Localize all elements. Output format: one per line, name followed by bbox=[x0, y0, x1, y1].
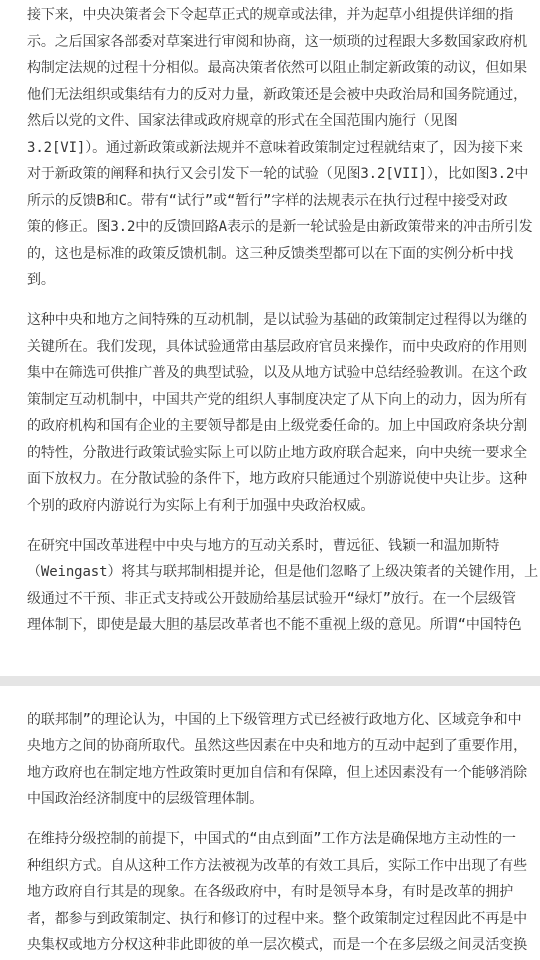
text-line: 的政府机构和国有企业的主要领导都是由上级党委任命的。加上中国政府条块分割 bbox=[27, 413, 516, 440]
paragraph: 接下来，中央决策者会下令起草正式的规章或法律，并为起草小组提供详细的指示。之后国… bbox=[27, 2, 516, 294]
text-line: 关键所在。我们发现，具体试验通常由基层政府官员来操作，而中央政府的作用则 bbox=[27, 334, 516, 361]
text-line: 理体制下，即使是最大胆的基层改革者也不能不重视上级的意见。所谓“中国特色 bbox=[27, 612, 516, 639]
text-line: 者，都参与到政策制定、执行和修订的过程中来。整个政策制定过程因此不再是中 bbox=[27, 906, 516, 933]
text-line: 他们无法组织或集结有力的反对力量，新政策还是会被中央政治局和国务院通过， bbox=[27, 82, 516, 109]
text-line: 3.2[VI]）。通过新政策或新法规并不意味着政策制定过程就结束了，因为接下来 bbox=[27, 135, 516, 162]
text-line: 集中在筛选可供推广普及的典型试验，以及从地方试验中总结经验教训。在这个政 bbox=[27, 360, 516, 387]
paragraph: 在研究中国改革进程中中央与地方的互动关系时，曹远征、钱颖一和温加斯特（Weing… bbox=[27, 533, 516, 639]
text-line: 个别的政府内游说行为实际上有利于加强中央政治权威。 bbox=[27, 493, 516, 520]
ebook-reader-screen[interactable]: 接下来，中央决策者会下令起草正式的规章或法律，并为起草小组提供详细的指示。之后国… bbox=[0, 0, 540, 960]
paragraph: 这种中央和地方之间特殊的互动机制，是以试验为基础的政策制定过程得以为继的关键所在… bbox=[27, 307, 516, 519]
paragraph: 的联邦制”的理论认为，中国的上下级管理方式已经被行政地方化、区域竞争和中央地方之… bbox=[27, 707, 516, 813]
text-line: 央集权或地方分权这种非此即彼的单一层次模式，而是一个在多层级之间灵活变换 bbox=[27, 932, 516, 959]
text-line: 面下放权力。在分散试验的条件下，地方政府只能通过个别游说使中央让步。这种 bbox=[27, 466, 516, 493]
text-line: 在维持分级控制的前提下，中国式的“由点到面”工作方法是确保地方主动性的一 bbox=[27, 826, 516, 853]
text-line: 地方政府自行其是的现象。在各级政府中，有时是领导本身，有时是改革的拥护 bbox=[27, 879, 516, 906]
text-line: 到。 bbox=[27, 267, 516, 294]
text-line: 策的修正。图3.2中的反馈回路A表示的是新一轮试验是由新政策带来的冲击所引发 bbox=[27, 214, 516, 241]
text-line: 在研究中国改革进程中中央与地方的互动关系时，曹远征、钱颖一和温加斯特 bbox=[27, 533, 516, 560]
page-divider bbox=[0, 676, 540, 686]
text-line: 对于新政策的阐释和执行又会引发下一轮的试验（见图3.2[VII]），比如图3.2… bbox=[27, 161, 516, 188]
text-line: 示。之后国家各部委对草案进行审阅和协商，这一烦琐的过程跟大多数国家政府机 bbox=[27, 29, 516, 56]
text-line: 种组织方式。自从这种工作方法被视为改革的有效工具后，实际工作中出现了有些 bbox=[27, 853, 516, 880]
text-line: 级通过不干预、非正式支持或公开鼓励给基层试验开“绿灯”放行。在一个层级管 bbox=[27, 586, 516, 613]
text-line: 中国政治经济制度中的层级管理体制。 bbox=[27, 786, 516, 813]
text-line: 然后以党的文件、国家法律或政府规章的形式在全国范围内施行（见图 bbox=[27, 108, 516, 135]
text-line: 策制定互动机制中，中国共产党的组织人事制度决定了从下向上的动力，因为所有 bbox=[27, 387, 516, 414]
text-line: 这种中央和地方之间特殊的互动机制，是以试验为基础的政策制定过程得以为继的 bbox=[27, 307, 516, 334]
text-line: 所示的反馈B和C。带有“试行”或“暂行”字样的法规表示在执行过程中接受对政 bbox=[27, 188, 516, 215]
text-line: 央地方之间的协商所取代。虽然这些因素在中央和地方的互动中起到了重要作用， bbox=[27, 733, 516, 760]
book-page-1: 接下来，中央决策者会下令起草正式的规章或法律，并为起草小组提供详细的指示。之后国… bbox=[0, 0, 540, 676]
text-line: 的特性，分散进行政策试验实际上可以防止地方政府联合起来，向中央统一要求全 bbox=[27, 440, 516, 467]
text-line: 地方政府也在制定地方性政策时更加自信和有保障，但上述因素没有一个能够消除 bbox=[27, 760, 516, 787]
text-line: 接下来，中央决策者会下令起草正式的规章或法律，并为起草小组提供详细的指 bbox=[27, 2, 516, 29]
text-line: （Weingast）将其与联邦制相提并论，但是他们忽略了上级决策者的关键作用，上 bbox=[27, 559, 516, 586]
text-line: 的联邦制”的理论认为，中国的上下级管理方式已经被行政地方化、区域竞争和中 bbox=[27, 707, 516, 734]
text-line: 的，这也是标准的政策反馈机制。这三种反馈类型都可以在下面的实例分析中找 bbox=[27, 241, 516, 268]
paragraph: 在维持分级控制的前提下，中国式的“由点到面”工作方法是确保地方主动性的一种组织方… bbox=[27, 826, 516, 959]
book-page-2: 的联邦制”的理论认为，中国的上下级管理方式已经被行政地方化、区域竞争和中央地方之… bbox=[0, 686, 540, 960]
text-line: 构制定法规的过程十分相似。最高决策者依然可以阻止制定新政策的动议，但如果 bbox=[27, 55, 516, 82]
